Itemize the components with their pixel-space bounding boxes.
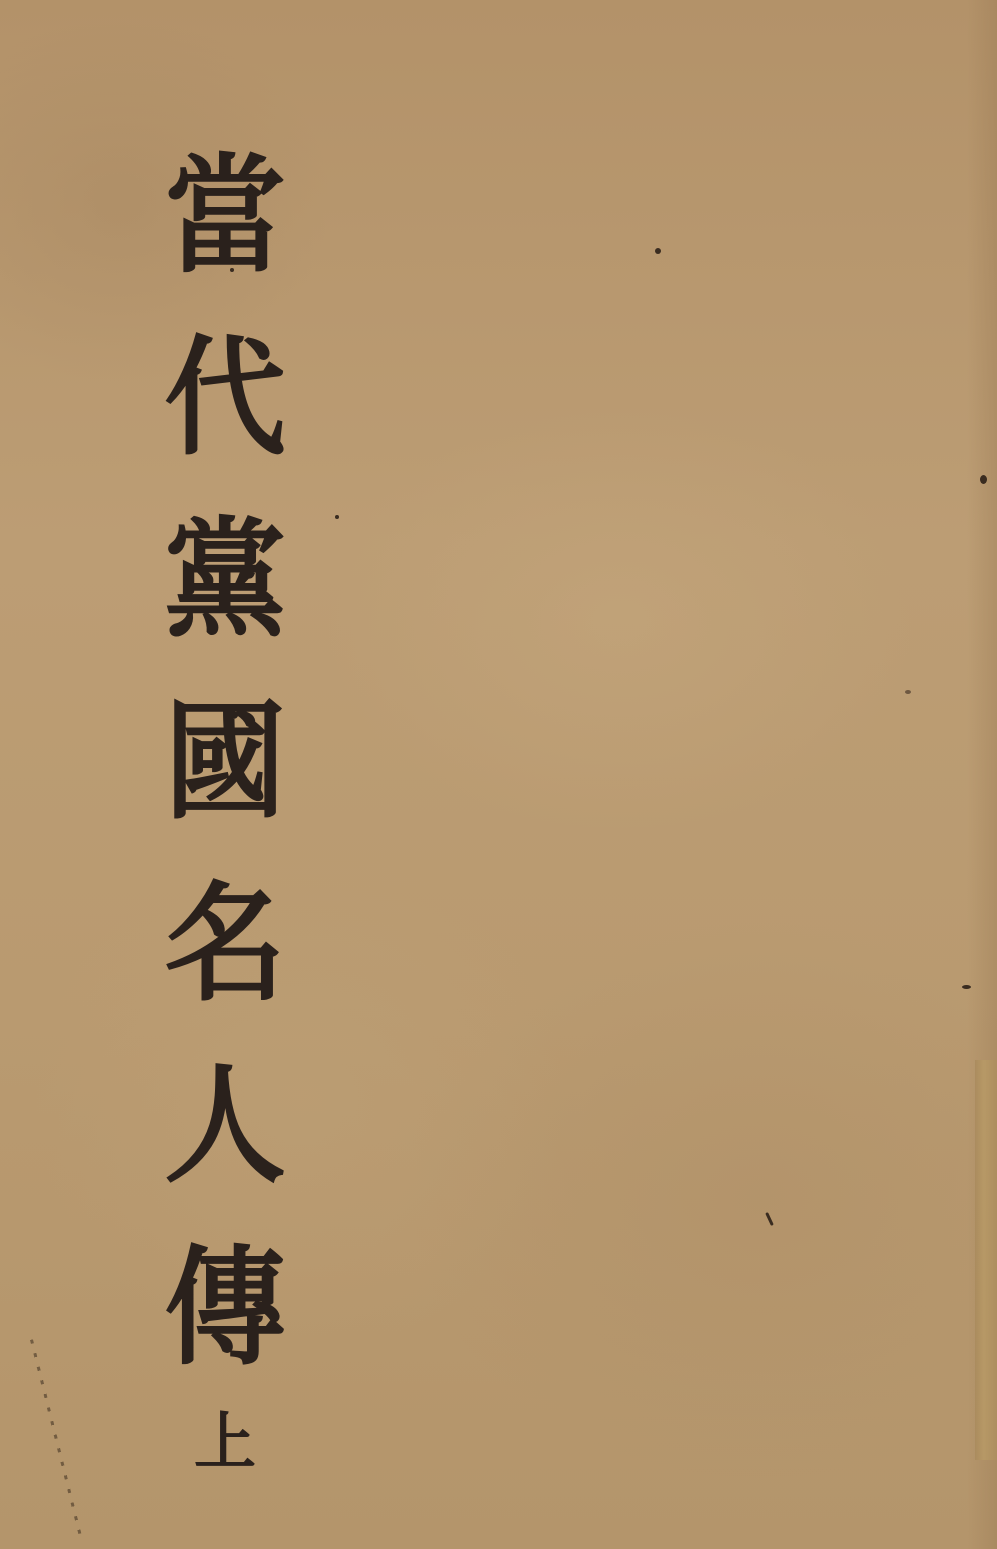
book-title: 當 代 黨 國 名 人 傳 上 <box>150 125 300 1473</box>
binding-strip <box>975 1060 997 1460</box>
ink-speck <box>980 475 987 484</box>
title-char: 國 <box>164 671 286 853</box>
ink-speck <box>655 248 661 254</box>
ink-speck <box>905 690 911 694</box>
ink-speck <box>765 1212 774 1226</box>
title-char: 當 <box>164 125 286 307</box>
title-char: 人 <box>164 1035 286 1217</box>
title-char: 名 <box>164 853 286 1035</box>
ink-speck <box>962 985 971 989</box>
paper-crease <box>30 1339 81 1534</box>
volume-label: 上 <box>194 1411 256 1473</box>
ink-speck <box>335 515 339 519</box>
title-char: 代 <box>164 307 286 489</box>
title-char: 黨 <box>164 489 286 671</box>
title-char: 傳 <box>164 1217 286 1399</box>
book-cover: 當 代 黨 國 名 人 傳 上 <box>0 0 997 1549</box>
